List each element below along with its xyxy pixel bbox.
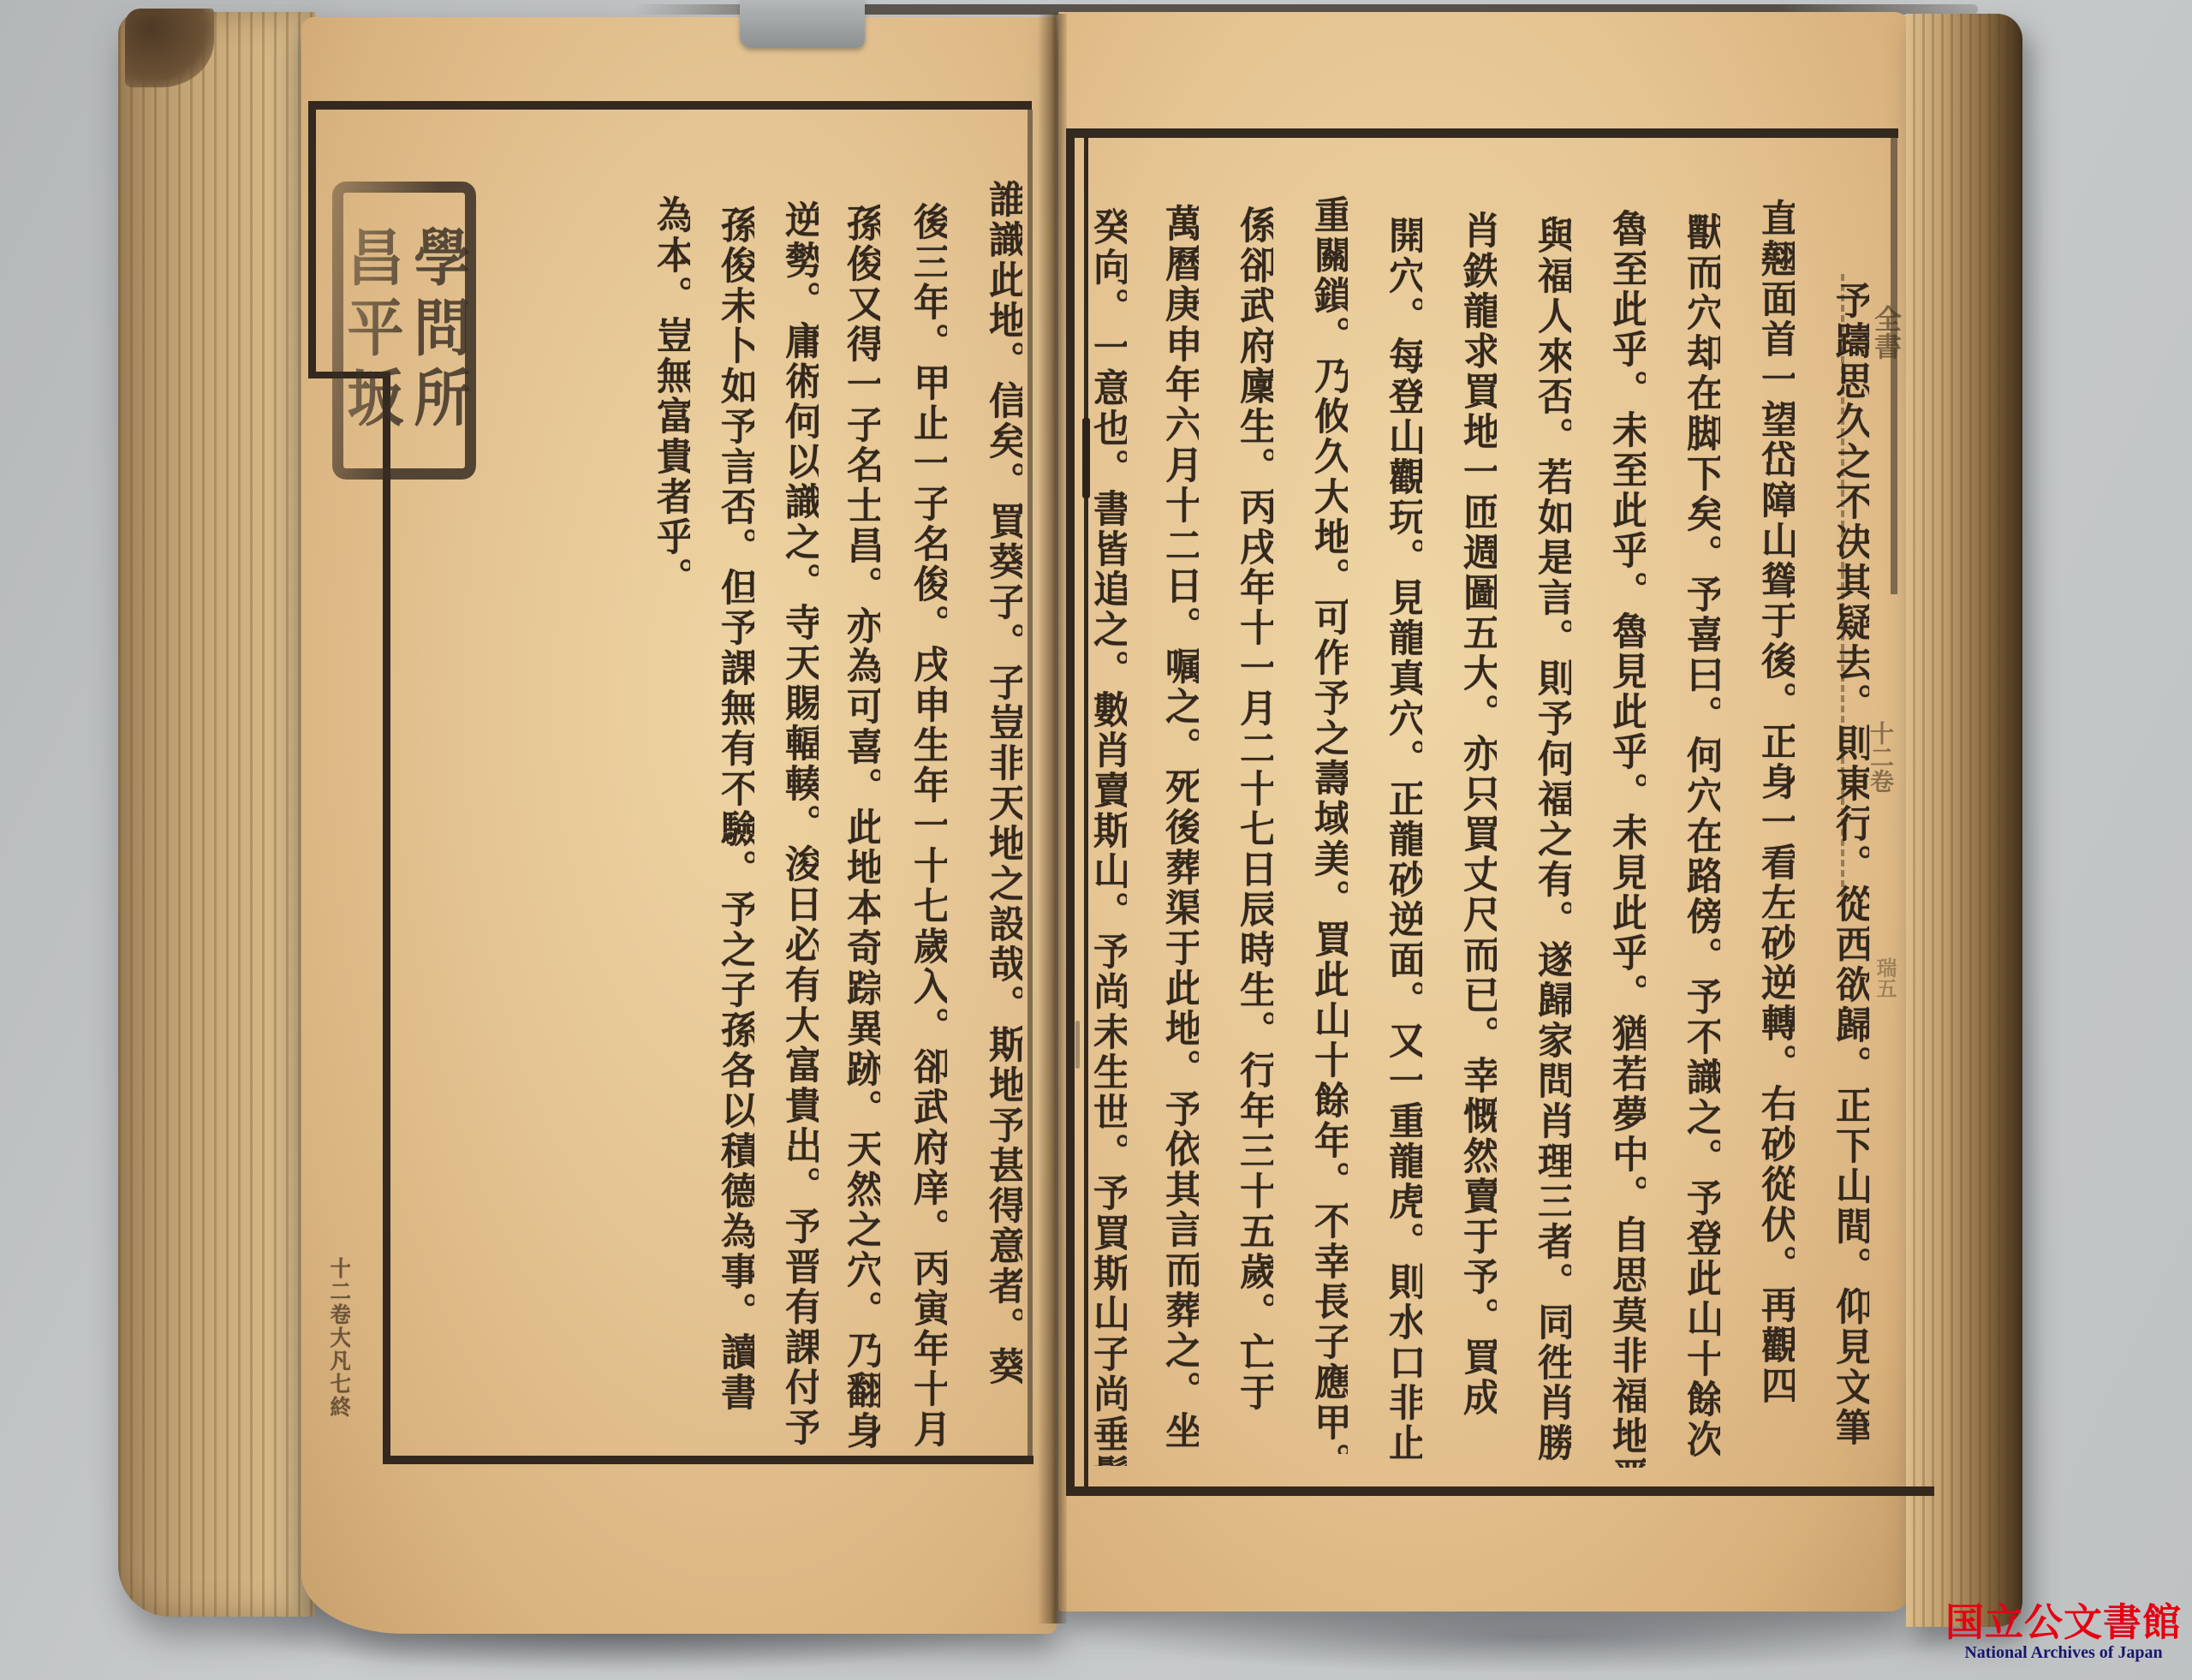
text-column: 孫俊又得一子名士昌。亦為可喜。此地本奇踪異跡。天然之穴。乃翻身 — [843, 204, 880, 1451]
seal-column-right: 昌平坂 — [342, 225, 399, 436]
text-column: 重關鎖。乃攸久大地。可作予之壽域美。買此山十餘年。不幸長子應甲。 — [1310, 195, 1348, 1454]
book-gutter — [1038, 14, 1067, 1623]
scanned-book-photo: 昌平坂 學問所 予躊思久之不决其疑去。則東行。從西欲歸。正下山間。仰見文筆 直翹… — [0, 0, 2192, 1680]
text-column: 萬曆庚申年六月十二日。嘱之。死後葬渠于此地。予依其言而葬之。坐 — [1161, 204, 1199, 1451]
text-column: 係卻武府廩生。丙戌年十一月二十七日辰時生。行年三十五歲。亡于 — [1236, 206, 1273, 1413]
spine-title-fragment: 全書 — [1867, 305, 1906, 360]
page-curl-edge — [1906, 14, 2022, 1627]
text-column: 逆勢。庸術何以識之。寺天賜輻輳。浚日必有大富貴出。予晋有課付予 — [781, 200, 819, 1448]
text-column: 孫俊未卜如予言否。但予課無有不驗。予之子孫各以積德為事。讀書 — [717, 206, 754, 1413]
spine-tab — [740, 0, 865, 48]
spine-page-fragment: 瑞五 — [1870, 957, 1900, 998]
text-column: 予躊思久之不决其疑去。則東行。從西欲歸。正下山間。仰見文筆 — [1832, 281, 1869, 1448]
archive-watermark: 国立公文書館 National Archives of Japan — [1937, 1603, 2190, 1662]
text-column: 與福人來否。若如是言。則予何福之有。遂歸家問肖理三者。同徃肖勝 — [1534, 216, 1571, 1463]
text-column: 為本。豈無富貴者乎。 — [652, 195, 690, 598]
book-shadow — [1113, 1601, 1969, 1673]
frame-bottom-left-page — [383, 1456, 1033, 1464]
frame-left-inner — [1084, 128, 1088, 1495]
spine-volume-fragment: 十二卷 — [1863, 721, 1897, 793]
archive-name-japanese: 国立公文書館 — [1937, 1603, 2190, 1641]
volume-end-mark: 十二卷大凡七終 — [329, 1257, 350, 1419]
text-column: 魯至此乎。未至此乎。魯見此乎。未見此乎。猶若夢中。自思莫非福地晋 — [1608, 209, 1646, 1468]
collection-seal-shoheizaka: 昌平坂 學問所 — [332, 182, 476, 480]
text-column: 肖鉄龍求買地一匝週圖五大。亦只買丈尺而已。幸慨然賣于予。買成 — [1459, 211, 1497, 1418]
ink-mark — [1075, 1021, 1080, 1069]
text-column: 開穴。每登山觀玩。見龍真穴。正龍砂逆面。又一重龍虎。則水口非止一 — [1385, 216, 1422, 1474]
text-column: 獸而穴却在脚下矣。予喜曰。何穴在路傍。予不識之。予登此山十餘次 — [1683, 212, 1720, 1460]
frame-left-upper — [308, 101, 316, 378]
frame-top-left-page — [308, 101, 1032, 110]
text-column: 誰識此地。信矣。買葵子。子豈非天地之設哉。斯地予甚得意者。葵 — [985, 180, 1022, 1387]
frame-right-partial — [1891, 132, 1897, 594]
frame-left-outer — [1066, 128, 1075, 1495]
archive-name-english: National Archives of Japan — [1937, 1643, 2190, 1662]
text-column: 直翹面首一望岱障山聳于後。正身一看左砂逆轉。右砂從伏。再觀四 — [1757, 199, 1795, 1406]
frame-bottom-right-page — [1066, 1486, 1934, 1496]
book-fore-edge — [118, 12, 315, 1617]
frame-right-left-page — [1027, 110, 1033, 1461]
seal-column-left: 學問所 — [409, 225, 466, 436]
text-column: 癸向。一意也。書皆追之。數肖賣斯山。予尚未生世。予買斯山子尚垂髮 — [1089, 207, 1127, 1466]
frame-top-right-page — [1066, 128, 1898, 138]
frame-left-lower — [383, 372, 390, 1464]
text-column: 後三年。甲止一子名俊。戌申生年一十七歲入。卻武府庠。丙寅年十月 — [909, 202, 947, 1450]
